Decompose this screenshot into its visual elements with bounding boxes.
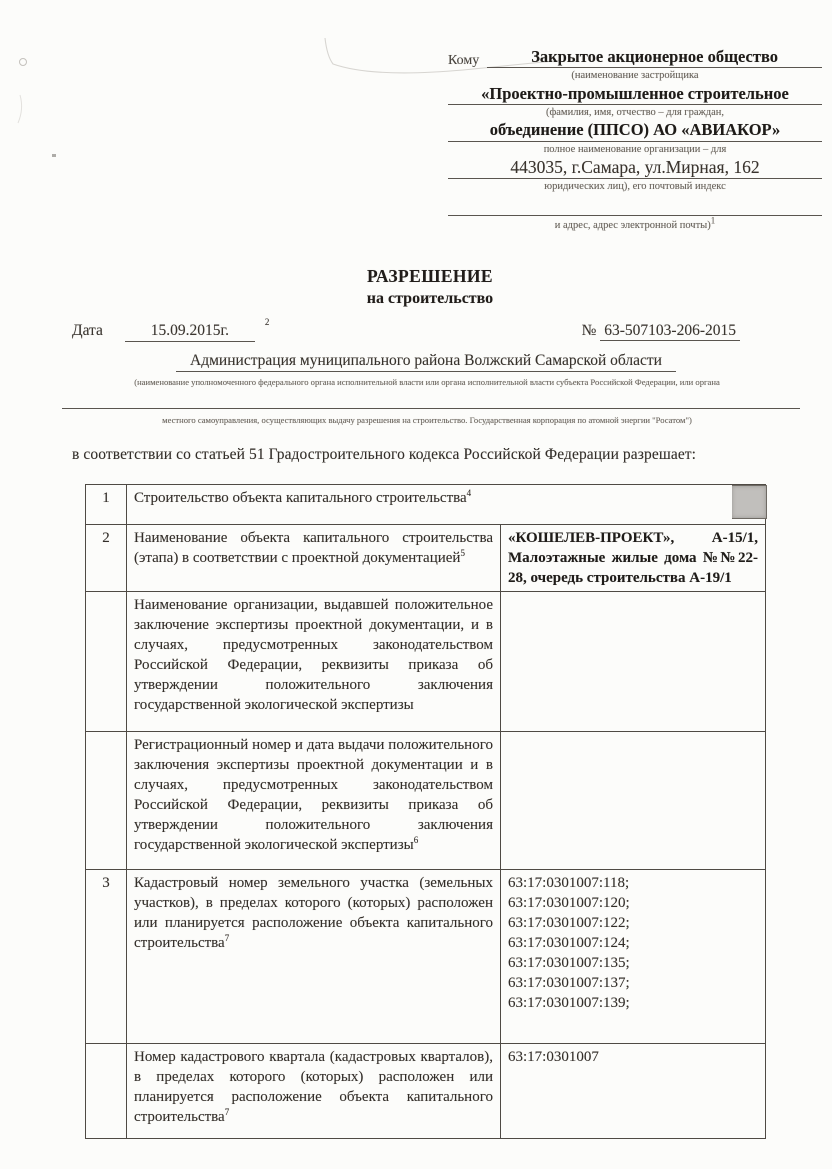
row-label-cell: Кадастровый номер земельного участка (зе… <box>127 870 501 1044</box>
table-row: 2 Наименование объекта капитального стро… <box>86 525 766 592</box>
permit-number-group: № 63-507103-206-2015 <box>582 322 740 340</box>
authority-hint-1: (наименование уполномоченного федерально… <box>62 377 792 387</box>
addressee-block: Кому Закрытое акционерное общество (наим… <box>448 48 822 231</box>
footnote-marker-4: 4 <box>467 488 472 498</box>
footnote-marker-1: 1 <box>711 215 716 225</box>
row-label-cell: Наименование организации, выдавшей полож… <box>127 592 501 732</box>
number-sign: № <box>582 322 597 339</box>
addressee-line-1: Кому Закрытое акционерное общество <box>448 48 822 68</box>
table-row: Наименование организации, выдавшей полож… <box>86 592 766 732</box>
issuing-authority-name: Администрация муниципального района Волж… <box>176 352 676 372</box>
addressee-empty-underline <box>448 193 822 216</box>
addressee-hint-1: (наименование застройщика <box>448 70 822 82</box>
row-number-cell: 1 <box>86 485 127 525</box>
date-label: Дата <box>72 322 125 340</box>
row-number-cell: 3 <box>86 870 127 1044</box>
title-line-1: РАЗРЕШЕНИЕ <box>70 266 790 287</box>
row-value-cell <box>501 592 766 732</box>
table-row: Номер кадастрового квартала (кадастровых… <box>86 1044 766 1139</box>
addressee-org-name-part1: Закрытое акционерное общество <box>487 48 822 68</box>
row-label-cell: Номер кадастрового квартала (кадастровых… <box>127 1044 501 1139</box>
footnote-marker-7: 7 <box>225 933 230 943</box>
row-value-cell: 63:17:0301007 <box>501 1044 766 1139</box>
komu-label: Кому <box>448 53 487 68</box>
addressee-hint-3: полное наименование организации – для <box>448 144 822 156</box>
document-title: РАЗРЕШЕНИЕ на строительство <box>70 266 790 308</box>
row-value-cell: 63:17:0301007:118; 63:17:0301007:120; 63… <box>501 870 766 1044</box>
permit-number-value: 63-507103-206-2015 <box>600 322 740 341</box>
table-row: 1 Строительство объекта капитального стр… <box>86 485 766 525</box>
permit-table: 1 Строительство объекта капитального стр… <box>85 484 766 1139</box>
title-line-2: на строительство <box>70 290 790 308</box>
issuing-authority: Администрация муниципального района Волж… <box>76 352 776 372</box>
date-group: Дата 15.09.2015г. 2 <box>72 322 269 342</box>
date-value: 15.09.2015г. <box>125 322 255 342</box>
footnote-marker-5: 5 <box>460 548 465 558</box>
authority-hint-2: местного самоуправления, осуществляющих … <box>62 415 792 425</box>
intro-sentence: в соответствии со статьей 51 Градостроит… <box>72 446 796 464</box>
addressee-hint-2: (фамилия, имя, отчество – для граждан, <box>448 107 822 119</box>
addressee-hint-4: юридических лиц), его почтовый индекс <box>448 181 822 193</box>
addressee-postal-address: 443035, г.Самара, ул.Мирная, 162 <box>448 158 822 179</box>
row-label-cell: Регистрационный номер и дата выдачи поло… <box>127 732 501 870</box>
addressee-hint-5: и адрес, адрес электронной почты)1 <box>448 220 822 232</box>
row-number-cell <box>86 732 127 870</box>
row-value-cell <box>501 732 766 870</box>
row-number-cell <box>86 1044 127 1139</box>
row-label-cell: Наименование объекта капитального строит… <box>127 525 501 592</box>
footnote-marker-7b: 7 <box>225 1107 230 1117</box>
date-number-row: Дата 15.09.2015г. 2 № 63-507103-206-2015 <box>72 322 772 342</box>
row-number-cell <box>86 592 127 732</box>
table-row: Регистрационный номер и дата выдачи поло… <box>86 732 766 870</box>
addressee-org-name-part2: «Проектно-промышленное строительное <box>448 85 822 105</box>
table-row: 3 Кадастровый номер земельного участка (… <box>86 870 766 1044</box>
scanned-permit-document: Кому Закрытое акционерное общество (наим… <box>0 0 832 1169</box>
addressee-org-name-part3: объединение (ППСО) АО «АВИАКОР» <box>448 121 822 141</box>
horizontal-rule <box>62 408 800 409</box>
row-number-cell: 2 <box>86 525 127 592</box>
row-label-cell: Строительство объекта капитального строи… <box>127 485 766 525</box>
gray-cell-fragment <box>732 485 767 519</box>
footnote-marker-6: 6 <box>414 835 419 845</box>
row-value-cell: «КОШЕЛЕВ-ПРОЕКТ», А-15/1, Малоэтажные жи… <box>501 525 766 592</box>
